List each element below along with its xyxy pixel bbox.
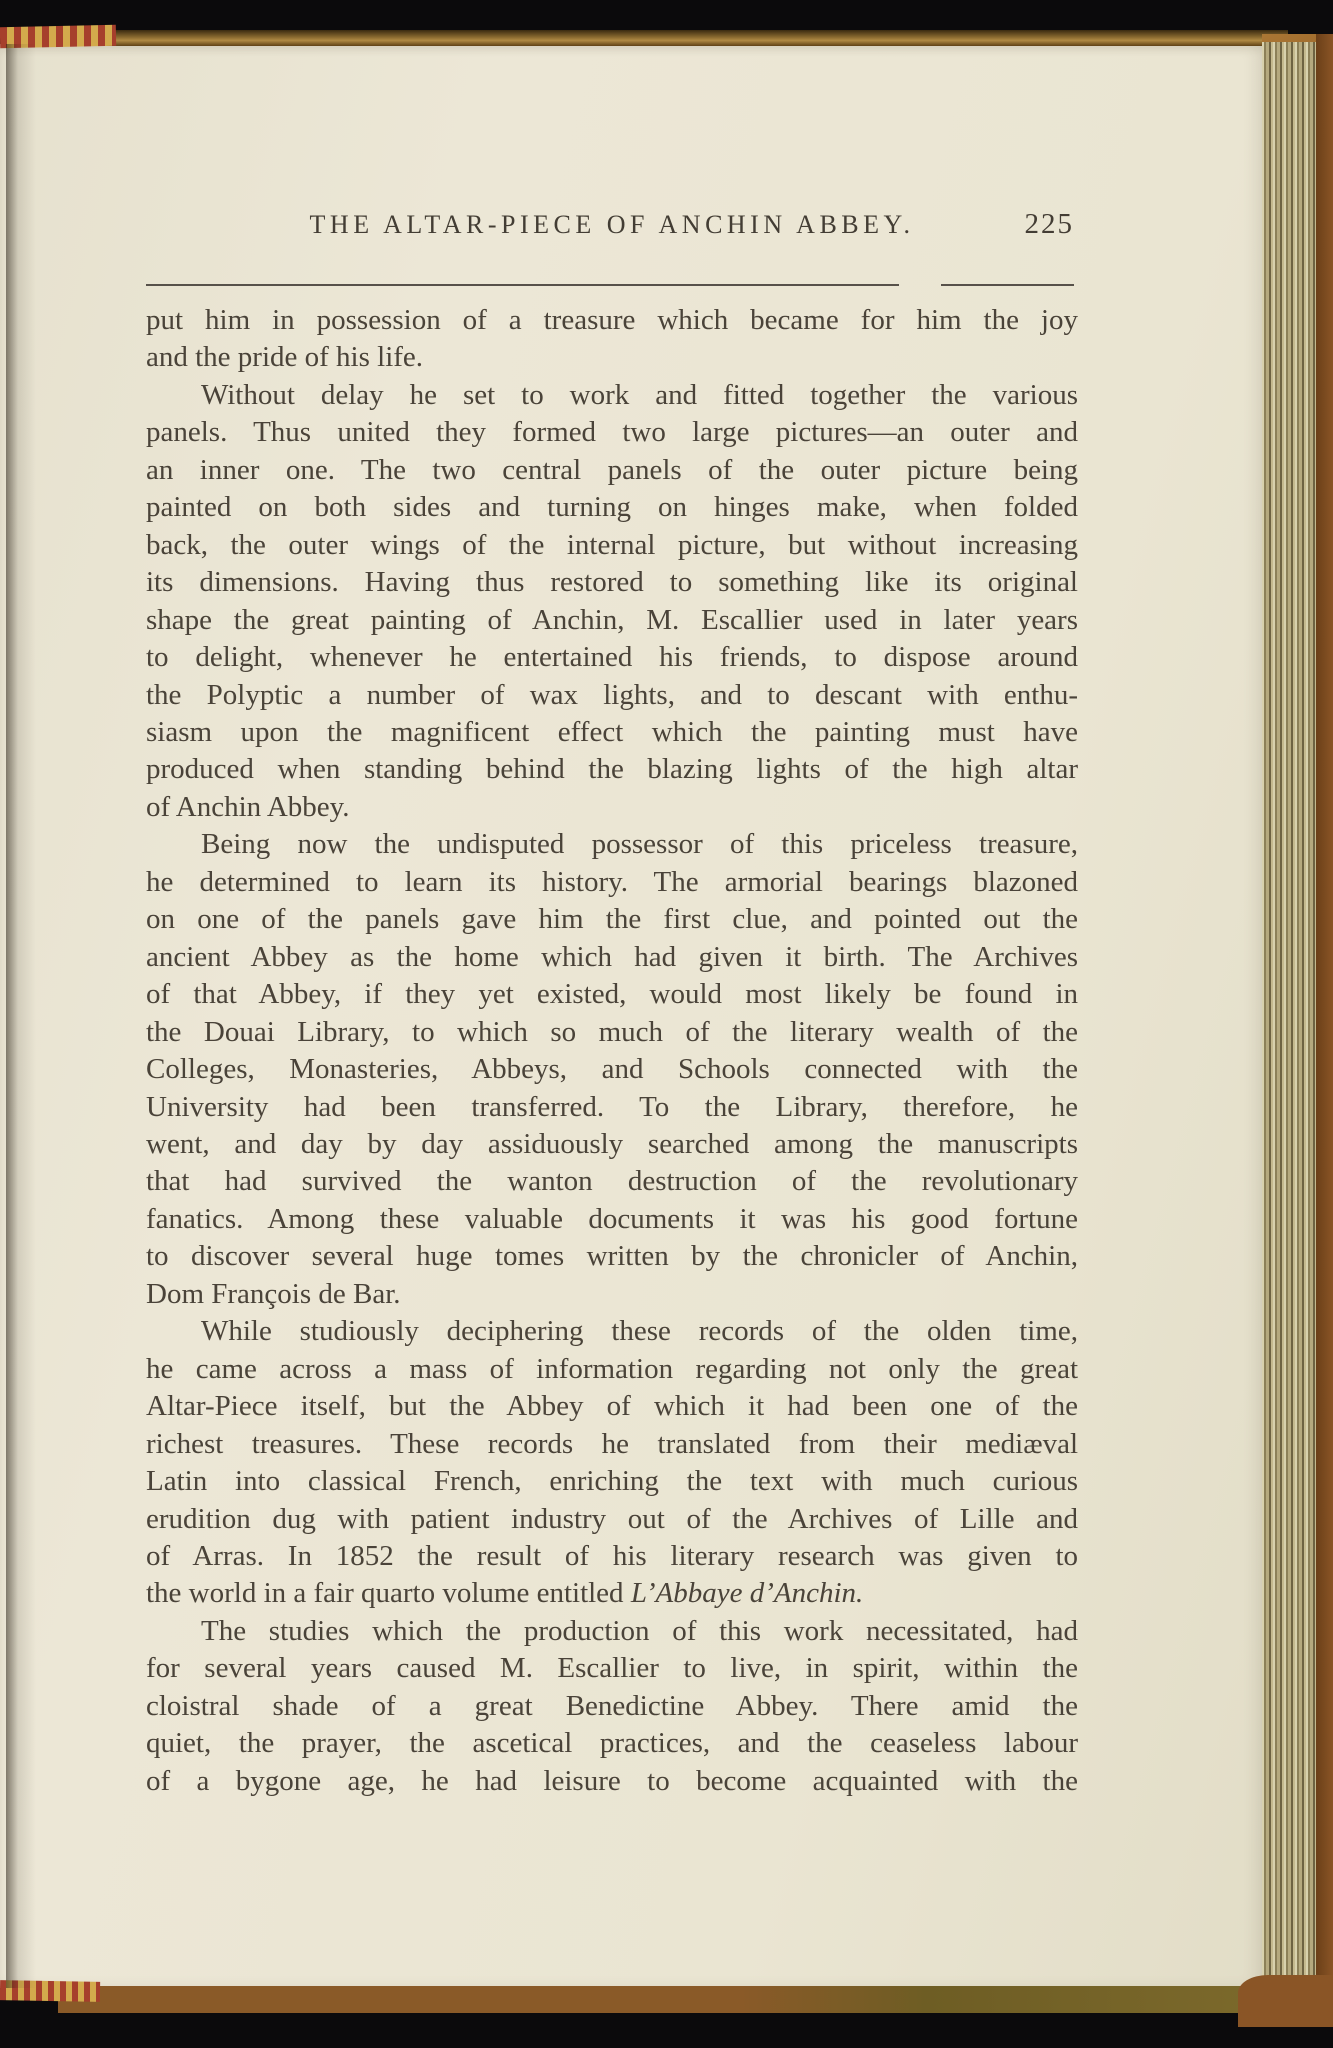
text-line: Being now the undisputed possessor of th…: [146, 826, 1078, 863]
text-line: went, and day by day assiduously searche…: [146, 1126, 1078, 1163]
text-line: Altar-Piece itself, but the Abbey of whi…: [146, 1388, 1078, 1425]
text-line: cloistral shade of a great Benedictine A…: [146, 1688, 1078, 1725]
text-line: Dom François de Bar.: [146, 1276, 1078, 1313]
text-line: of Anchin Abbey.: [146, 789, 1078, 826]
page-header: THE ALTAR-PIECE OF ANCHIN ABBEY. 225: [146, 210, 1078, 246]
text-line: While studiously deciphering these recor…: [146, 1313, 1078, 1350]
text-line: ancient Abbey as the home which had give…: [146, 939, 1078, 976]
text-line: Without delay he set to work and fitted …: [146, 377, 1078, 414]
page-fore-edge: [1262, 42, 1320, 2002]
text-line: painted on both sides and turning on hin…: [146, 489, 1078, 526]
text-line: the world in a fair quarto volume entitl…: [146, 1575, 1078, 1612]
text-line: erudition dug with patient industry out …: [146, 1501, 1078, 1538]
text-line: Colleges, Monasteries, Abbeys, and Schoo…: [146, 1051, 1078, 1088]
text-line: its dimensions. Having thus restored to …: [146, 564, 1078, 601]
text-line: University had been transferred. To the …: [146, 1089, 1078, 1126]
book-photo: { "book": { "header": { "title": "THE AL…: [0, 0, 1333, 2048]
book-top-edge: [96, 30, 1288, 46]
text-line: the Polyptic a number of wax lights, and…: [146, 677, 1078, 714]
text-line: produced when standing behind the blazin…: [146, 751, 1078, 788]
text-line: back, the outer wings of the internal pi…: [146, 527, 1078, 564]
text-line: to discover several huge tomes written b…: [146, 1238, 1078, 1275]
text-line: the Douai Library, to which so much of t…: [146, 1014, 1078, 1051]
header-rule-left: [146, 284, 899, 286]
text-line: panels. Thus united they formed two larg…: [146, 414, 1078, 451]
text-line: fanatics. Among these valuable documents…: [146, 1201, 1078, 1238]
text-line: of that Abbey, if they yet existed, woul…: [146, 976, 1078, 1013]
running-title: THE ALTAR-PIECE OF ANCHIN ABBEY.: [146, 210, 1078, 240]
text-line: of Arras. In 1852 the result of his lite…: [146, 1538, 1078, 1575]
book-bottom-edge: [58, 1986, 1298, 2013]
text-line: on one of the panels gave him the first …: [146, 901, 1078, 938]
text-line: Latin into classical French, enriching t…: [146, 1463, 1078, 1500]
text-line: an inner one. The two central panels of …: [146, 452, 1078, 489]
text-line: richest treasures. These records he tran…: [146, 1426, 1078, 1463]
text-line: to delight, whenever he entertained his …: [146, 639, 1078, 676]
text-line: and the pride of his life.: [146, 339, 1078, 376]
text-line: quiet, the prayer, the ascetical practic…: [146, 1725, 1078, 1762]
gutter-shadow: [6, 44, 36, 1988]
book-spine: [1316, 34, 1333, 2026]
text-line: that had survived the wanton destruction…: [146, 1163, 1078, 1200]
text-line: put him in possession of a treasure whic…: [146, 302, 1078, 339]
text-line: shape the great painting of Anchin, M. E…: [146, 602, 1078, 639]
bottom-leather-corner: [1238, 1975, 1333, 2027]
page-number: 225: [1025, 208, 1075, 241]
text-line: siasm upon the magnificent effect which …: [146, 714, 1078, 751]
text-line: The studies which the production of this…: [146, 1613, 1078, 1650]
text-line: for several years caused M. Escallier to…: [146, 1650, 1078, 1687]
text-line: he came across a mass of information reg…: [146, 1351, 1078, 1388]
text-line: of a bygone age, he had leisure to becom…: [146, 1763, 1078, 1800]
body-text: put him in possession of a treasure whic…: [146, 302, 1078, 1800]
text-line: he determined to learn its history. The …: [146, 864, 1078, 901]
header-rule-right: [941, 284, 1074, 286]
